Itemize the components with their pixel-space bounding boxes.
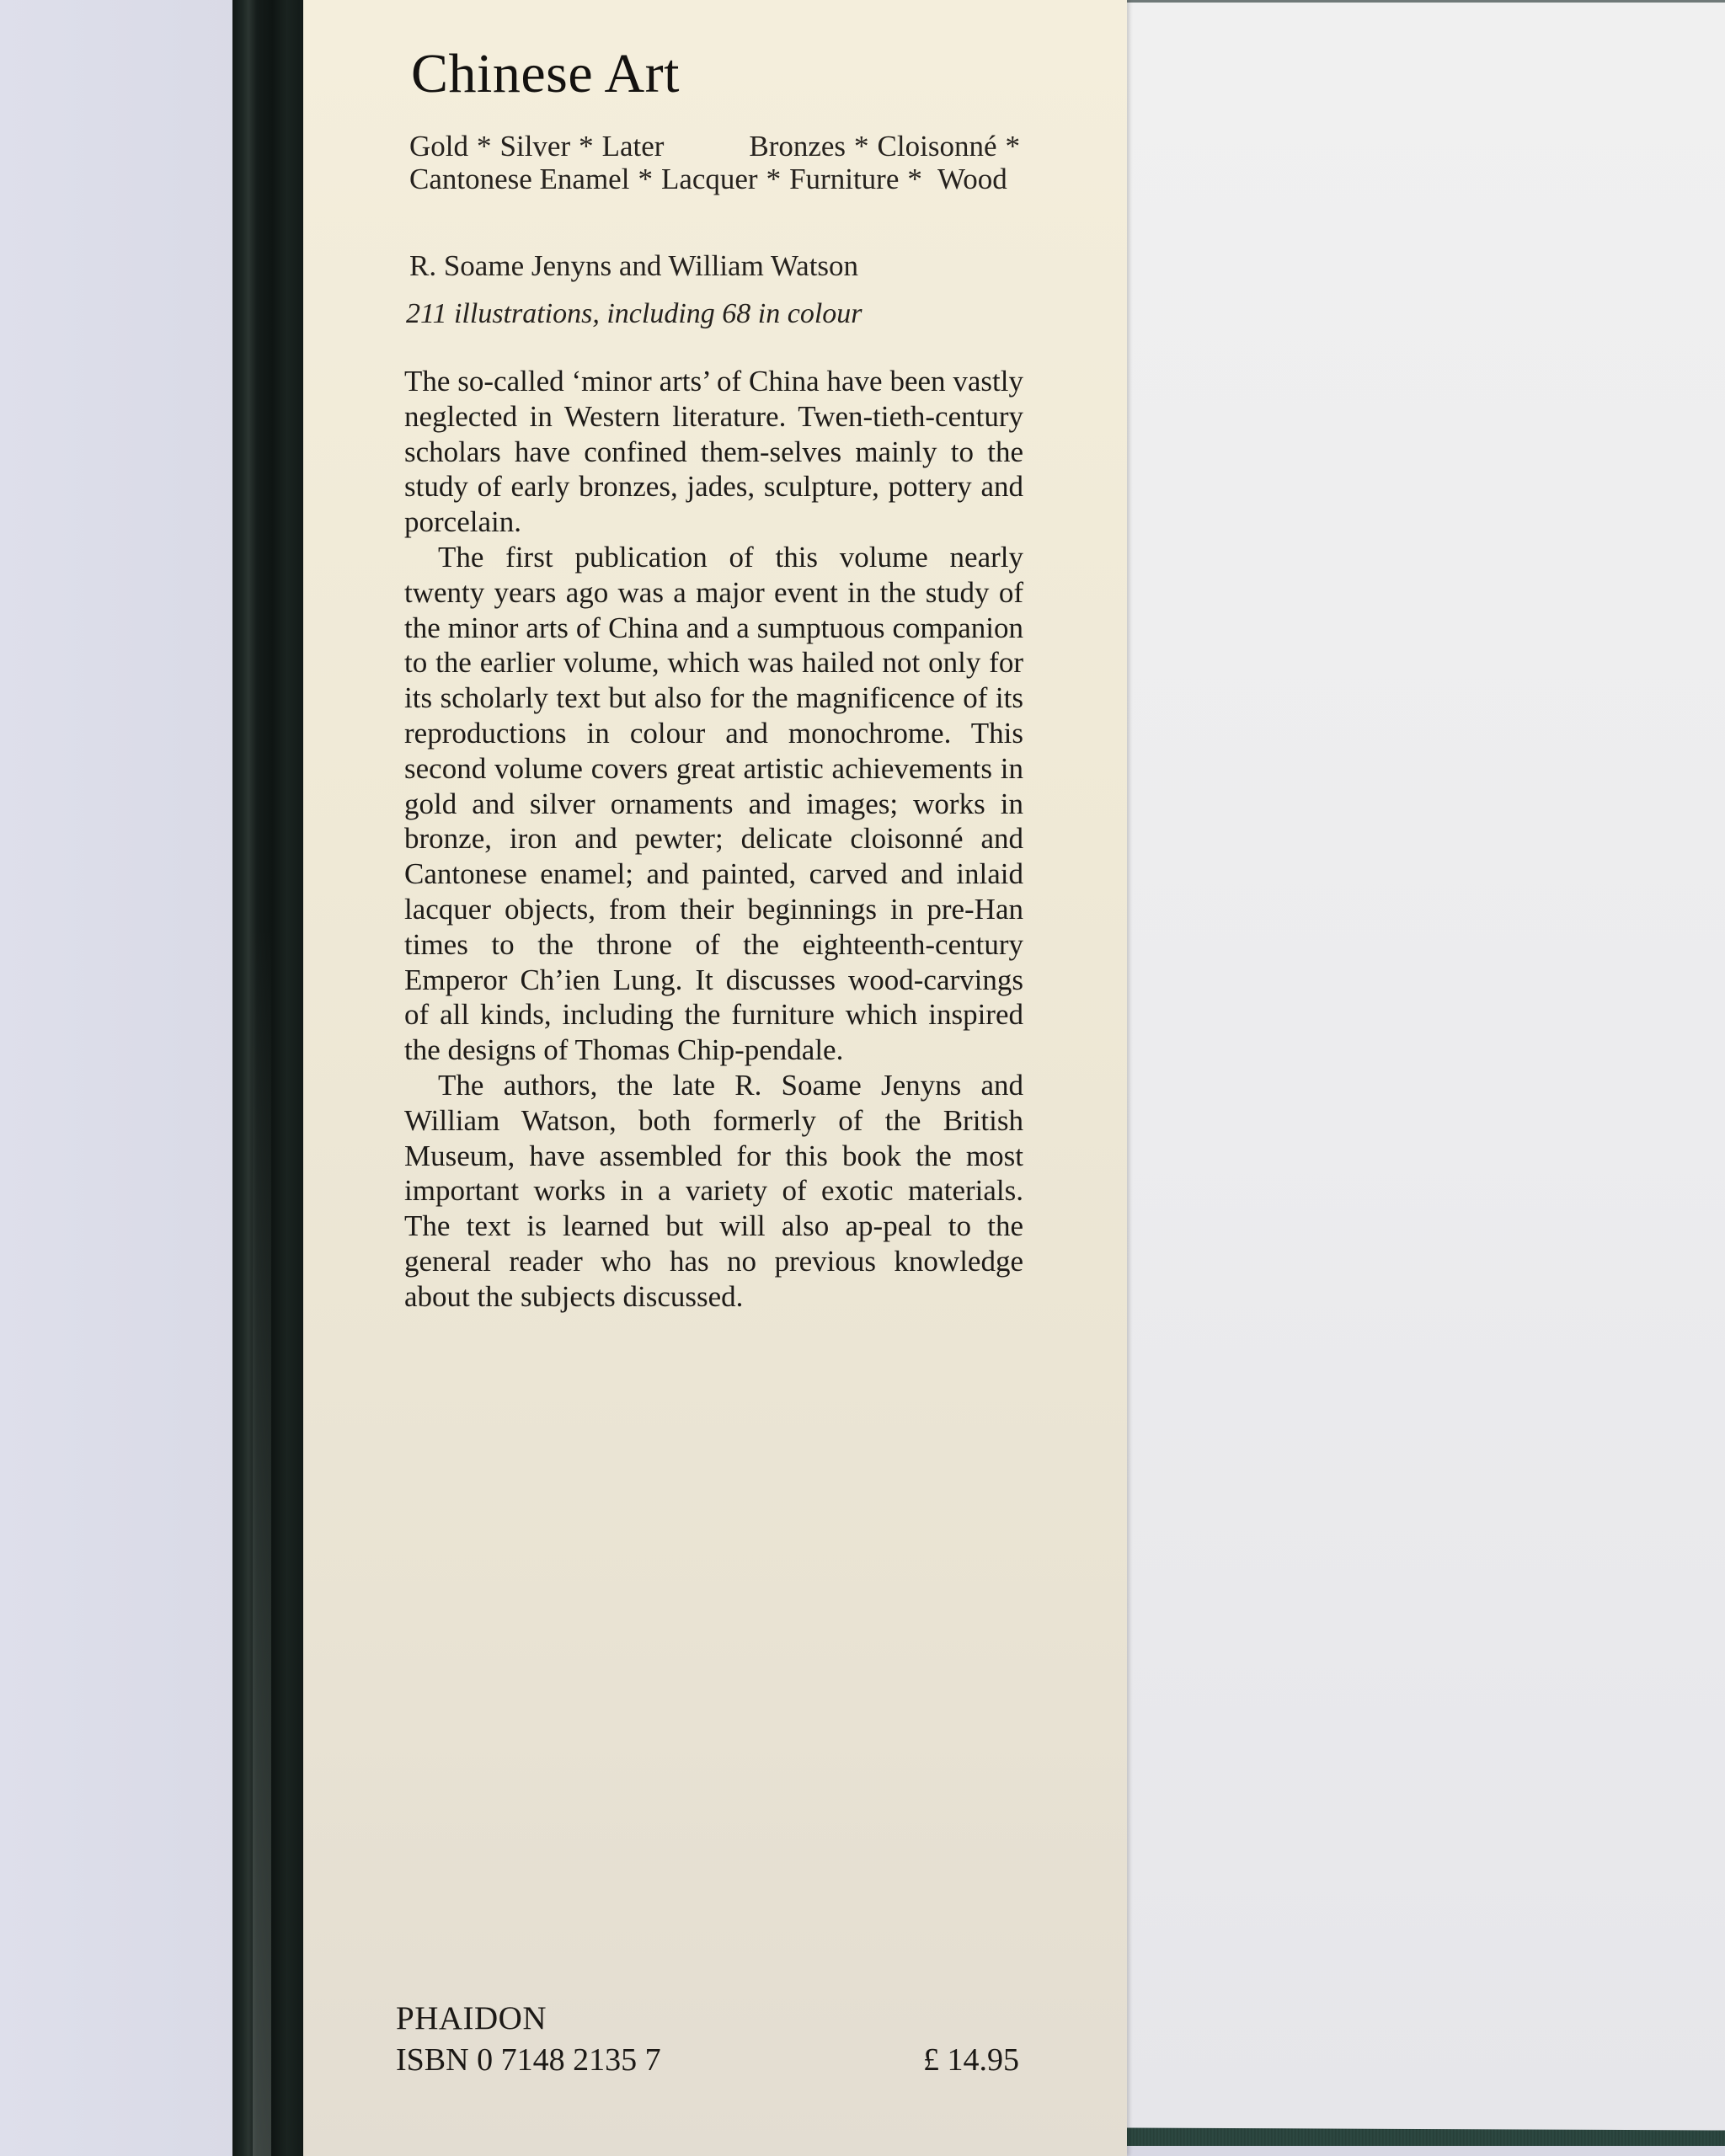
subject-separator: * (477, 130, 492, 163)
subject-item: Wood (937, 163, 1007, 195)
subject-separator: * (638, 163, 653, 195)
subject-separator: * (579, 130, 594, 163)
subject-separator: * (766, 163, 782, 195)
subject-separator: * (854, 130, 869, 163)
blurb-paragraph: The authors, the late R. Soame Jenyns an… (404, 1068, 1023, 1315)
subject-item: Silver (500, 130, 571, 163)
illustrations-note: 211 illustrations, including 68 in colou… (406, 298, 862, 330)
subject-separator: * (1006, 130, 1021, 163)
table-surface (0, 0, 244, 2156)
subject-list: Gold*Silver*Later Bronzes*Cloisonné* Can… (409, 130, 1028, 195)
endpaper-page (1127, 0, 1725, 2156)
table-surface-strip (1127, 2146, 1725, 2156)
book-title: Chinese Art (411, 42, 680, 106)
publisher-imprint: PHAIDON (396, 1999, 547, 2037)
subject-item: Lacquer (661, 163, 758, 195)
subject-item: Later Bronzes (602, 130, 846, 163)
blurb-paragraph: The first publication of this volume nea… (404, 540, 1023, 1068)
isbn-number: ISBN 0 7148 2135 7 (396, 2041, 661, 2079)
blurb-text: The so-called ‘minor arts’ of China have… (404, 364, 1023, 1315)
subject-item: Cloisonné (878, 130, 997, 163)
spine-highlight (253, 926, 271, 2156)
subject-item: Gold (409, 130, 468, 163)
subject-item: Cantonese Enamel (409, 163, 629, 195)
subject-item: Furniture (789, 163, 899, 195)
blurb-paragraph: The so-called ‘minor arts’ of China have… (404, 364, 1023, 540)
price-tag: £ 14.95 (923, 2041, 1019, 2079)
dust-jacket-flap: Chinese Art Gold*Silver*Later Bronzes*Cl… (303, 0, 1127, 2156)
authors-line: R. Soame Jenyns and William Watson (409, 249, 858, 283)
subject-separator: * (907, 163, 922, 195)
